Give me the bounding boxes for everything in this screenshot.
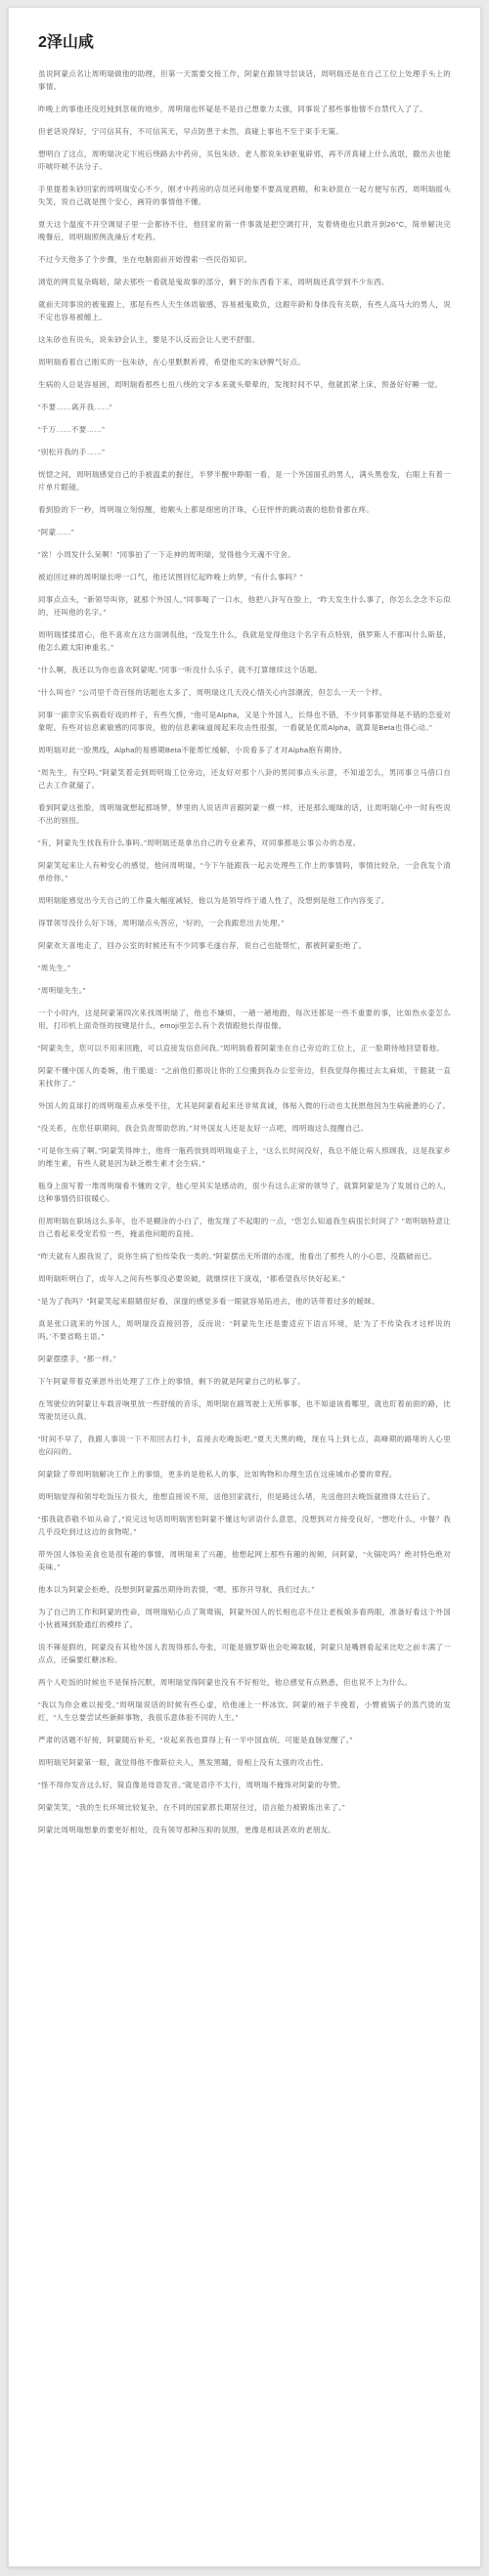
paragraph: “什么啊，我还以为你也喜欢阿蒙呢。”同事一听没什么乐子，就不打算继续这个话题。: [38, 664, 451, 676]
paragraph: 看到脸的下一秒，周明瑞立刻惊醒，他额头上都是细密的汗珠，心狂怦怦的跳动震的他肋骨…: [38, 503, 451, 516]
paragraph: 阿蒙除了带周明瑞解决工作上的事情，更多的是他私人的事，比如购物和办理生活在这座城…: [38, 1468, 451, 1481]
paragraph: “周明瑞先生。”: [38, 984, 451, 997]
paragraph: 周明瑞揉揉眉心，他不喜欢在这方面调侃他，“没发生什么，我就是觉得他这个名字有点特…: [38, 628, 451, 654]
article-body: 虽说阿蒙点名让周明瑞做他的助理，但第一天需要交接工作，阿蒙在跟领导层谈话，周明瑞…: [38, 67, 451, 1836]
paragraph: 在驾驶位的阿蒙让车载音响里放一些舒缓的音乐，周明瑞在副驾驶上无所事事，也不知道该…: [38, 1397, 451, 1423]
paragraph: 昨晚上的事他还没迟钝到忽视的地步，周明瑞也怀疑是不是自己想象力太强，同事说了那些…: [38, 103, 451, 115]
paragraph: “阿蒙先生，您可以不用来回跑，可以直接发信息问我。”周明瑞看着阿蒙坐在自己旁边的…: [38, 1042, 451, 1054]
paragraph: 真是张口就来的外国人，周明瑞没直接回答，反而说：“阿蒙先生还是要适应下语言环境，…: [38, 1317, 451, 1343]
paragraph: 浏览的网页复杂晦暗，除去那些一看就是鬼故事的部分，剩下的东西看下来，周明瑞还真学…: [38, 276, 451, 288]
paragraph: 周明瑞听明白了，成年人之间有些事没必要说破，就继续往下演戏，“都希望我尽快好起来…: [38, 1272, 451, 1285]
paragraph: 周明瑞看着自己刚买的一包朱砂，在心里默默祈祷，希望他买的朱砂脾气好点。: [38, 356, 451, 368]
paragraph: 阿蒙不懂中国人的委婉，他干脆道：“之前他们都说让你的工位搬到我办公室旁边，但我觉…: [38, 1064, 451, 1090]
paragraph: 阿蒙笑起来让人有种安心的感觉，他问周明瑞，“今下午能跟我一起去处理些工作上的事情…: [38, 859, 451, 884]
paragraph: 但老话说得好，宁可信其有，不可信其无，早点防患于未然，真碰上事也不至于束手无策。: [38, 125, 451, 138]
paragraph: “千万……不要……”: [38, 423, 451, 436]
paragraph: 他本以为阿蒙会拒绝，没想到阿蒙露出期待的表情，“嗯，那你开导航，我们过去。”: [38, 1583, 451, 1596]
paragraph: 夏天这个温度不开空调屋子里一会都待不住，他回家的第一件事就是把空调打开，发着烧他…: [38, 218, 451, 243]
paragraph: “可是你生病了啊。”阿蒙笑得绅士，他将一瓶药放到周明瑞桌子上，“这么长时间没好，…: [38, 1144, 451, 1170]
paragraph: 但周明瑞在职场这么多年，也不是糊涂的小白了，他发现了不起眼的一点，“您怎么知道我…: [38, 1215, 451, 1240]
paragraph: 想明白了这点，周明瑞决定下班后绕路去中药房，买包朱砂。老人都说朱砂驱鬼辟邪，再不…: [38, 148, 451, 173]
paragraph: 周明瑞对此一脸黑线，Alpha的易感期Beta不能帮忙缓解，小说看多了才对Alp…: [38, 744, 451, 756]
paragraph: 严肃的话题不好接，阿蒙随后补充，“说起来我也算得上有一半中国血统，可能是血脉觉醒…: [38, 1734, 451, 1746]
paragraph: 周明瑞见阿蒙第一眼，就觉得他不像斯拉夫人，黑发黑瞳，骨相上没有太强的攻击性。: [38, 1756, 451, 1769]
paragraph: “有，阿蒙先生找我有什么事吗。”周明瑞还是拿出自己的专业素养，对同事都是公事公办…: [38, 837, 451, 849]
paragraph: “什么叫也？”公司里千奇百怪的话题也太多了，周明瑞这几天没心情关心内部潮流，但怎…: [38, 686, 451, 699]
paragraph: “怪不得你发音这么好，简直像是母语发音。”就是语序不太行，周明瑞不掩饰对阿蒙的夸…: [38, 1779, 451, 1791]
paragraph: “是为了我吗？”阿蒙笑起来眼睛很好看，深邃的感觉多看一眼就容易陷进去，他的话带着…: [38, 1295, 451, 1308]
paragraph: “诶！小周发什么呆啊！”同事拍了一下走神的周明瑞，觉得他今天魂不守舍。: [38, 548, 451, 561]
paragraph: “昨天就有人跟我说了，说你生病了怕传染我一类的。”阿蒙摆出无所谓的态度，他看出了…: [38, 1250, 451, 1263]
paragraph: 生病的人总是容易困，周明瑞看那些七扭八绕的文字本来就头晕晕的，发现时间不早，他就…: [38, 378, 451, 391]
paragraph: “我以为你会难以接受。”周明瑞说话的时候有些心虚，给他递上一杯冰饮。阿蒙的袖子半…: [38, 1698, 451, 1724]
paragraph: 外国人的直球打的周明瑞差点承受不住，尤其是阿蒙看起来还非常真诚，体贴入微的行动也…: [38, 1099, 451, 1112]
paragraph: 阿蒙欢天喜地走了，回办公室的时候还有不少同事毛遂自荐，说自己也能帮忙，都被阿蒙拒…: [38, 939, 451, 952]
paragraph: 同事一副幸灾乐祸看好戏的样子，有些欠揍，“他可是Alpha，又是个外国人，长得也…: [38, 708, 451, 734]
paragraph: “那我就恭敬不如从命了。”说完这句话周明瑞害怕阿蒙不懂这句谚语什么意思，没想到对…: [38, 1513, 451, 1538]
chapter-page: 2泽山咸 虽说阿蒙点名让周明瑞做他的助理，但第一天需要交接工作，阿蒙在跟领导层谈…: [8, 7, 481, 2567]
paragraph: 恍惚之间，周明瑞感觉自己的手被温柔的握住，半梦半醒中睁眼一看，是一个外国面孔的男…: [38, 468, 451, 494]
paragraph: 为了自己的工作和阿蒙的性命，周明瑞贴心点了鸳鸯锅，阿蒙外国人的长相也忍不住让老板…: [38, 1606, 451, 1631]
paragraph: 阿蒙笑笑，“我的生长环境比较复杂，在不同的国家都长期居住过，语言能力被锻炼出来了…: [38, 1801, 451, 1814]
paragraph: “时间不早了，我跟人事说一下不用回去打卡，直接去吃晚饭吧。”夏天天黑的晚，现在马…: [38, 1433, 451, 1458]
paragraph: 手里提着朱砂回家的周明瑞安心不少，刚才中药房的店员还问他要不要高度酒精，和朱砂混…: [38, 183, 451, 208]
paragraph: 得罪领导没什么好下场，周明瑞点头答应，“好的，一会我跟您出去处理。”: [38, 917, 451, 929]
paragraph: 阿蒙比周明瑞想象的要更好相处，没有领导那种压抑的氛围，更像是相谈甚欢的老朋友。: [38, 1824, 451, 1836]
paragraph: “别松开我的手……”: [38, 446, 451, 458]
paragraph: 这朱砂也有说头，说朱砂会认主，要是不认反而会让人更不舒服。: [38, 333, 451, 346]
paragraph: 周明瑞觉得和领导吃饭压力很大，他想直接说不用，送他回家就行，但是路这么堵，先送他…: [38, 1490, 451, 1503]
paragraph: 瓶身上面写着一堆周明瑞看不懂的文字，他心里其实是感动的，很少有这么正常的领导了，…: [38, 1180, 451, 1205]
paragraph: 看到阿蒙这张脸，周明瑞就想起那场梦，梦里的人说话声音跟阿蒙一模一样，还是那么暧昧…: [38, 801, 451, 827]
paragraph: 带外国人体验美食也是很有趣的事情，周明瑞来了兴趣，他想起网上那些有趣的视频，问阿…: [38, 1548, 451, 1573]
paragraph: “周先生。”: [38, 962, 451, 974]
paragraph: 周明瑞能感觉出今天自己的工作量大幅度减轻，他以为是领导终于通人性了，没想到是他工…: [38, 894, 451, 907]
paragraph: 说不辣是假的，阿蒙没有其他外国人表现得那么夸张，可能是俄罗斯也会吃辣取暖，阿蒙只…: [38, 1641, 451, 1666]
paragraph: 下午阿蒙带着克莱恩外出处理了工作上的事情，剩下的就是阿蒙自己的私事了。: [38, 1375, 451, 1388]
paragraph: 一个小时内，这是阿蒙第四次来找周明瑞了，他也不嫌烦，一趟一趟地跑，每次还都是一些…: [38, 1007, 451, 1032]
paragraph: 同事点点头，“新领导叫你，就那个外国人。”同事喝了一口水，他把八卦写在脸上，“昨…: [38, 593, 451, 619]
paragraph: 两个人吃饭的时候也不是保持沉默，周明瑞觉得阿蒙也没有不好相处，他总感觉有点熟悉，…: [38, 1676, 451, 1689]
paragraph: “阿蒙……”: [38, 526, 451, 538]
paragraph: “不要……离开我……”: [38, 401, 451, 413]
paragraph: 不过今天他多了个步骤，坐在电脑面前开始搜索一些民俗知识。: [38, 253, 451, 266]
chapter-title: 2泽山咸: [38, 33, 451, 54]
page-backdrop: 2泽山咸 虽说阿蒙点名让周明瑞做他的助理，但第一天需要交接工作，阿蒙在跟领导层谈…: [0, 0, 489, 2576]
paragraph: 虽说阿蒙点名让周明瑞做他的助理，但第一天需要交接工作，阿蒙在跟领导层谈话，周明瑞…: [38, 67, 451, 93]
paragraph: 阿蒙摆摆手，“都一样。”: [38, 1352, 451, 1365]
paragraph: 被迫回过神的周明瑞长呼一口气，他还试图回忆起昨晚上的梦，“有什么事吗？”: [38, 571, 451, 583]
paragraph: “没关系，在您任职期间，我会负责帮助您的。”对外国友人还是友好一点吧，周明瑞这么…: [38, 1122, 451, 1135]
paragraph: “周先生，有空吗。”阿蒙笑着走到周明瑞工位旁边，还友好对那个八卦的男同事点头示意…: [38, 766, 451, 792]
paragraph: 就前天同事说的被鬼跟上，那是有些人天生体质敏感，容易被鬼欺负，这跟年龄和身体没有…: [38, 298, 451, 323]
